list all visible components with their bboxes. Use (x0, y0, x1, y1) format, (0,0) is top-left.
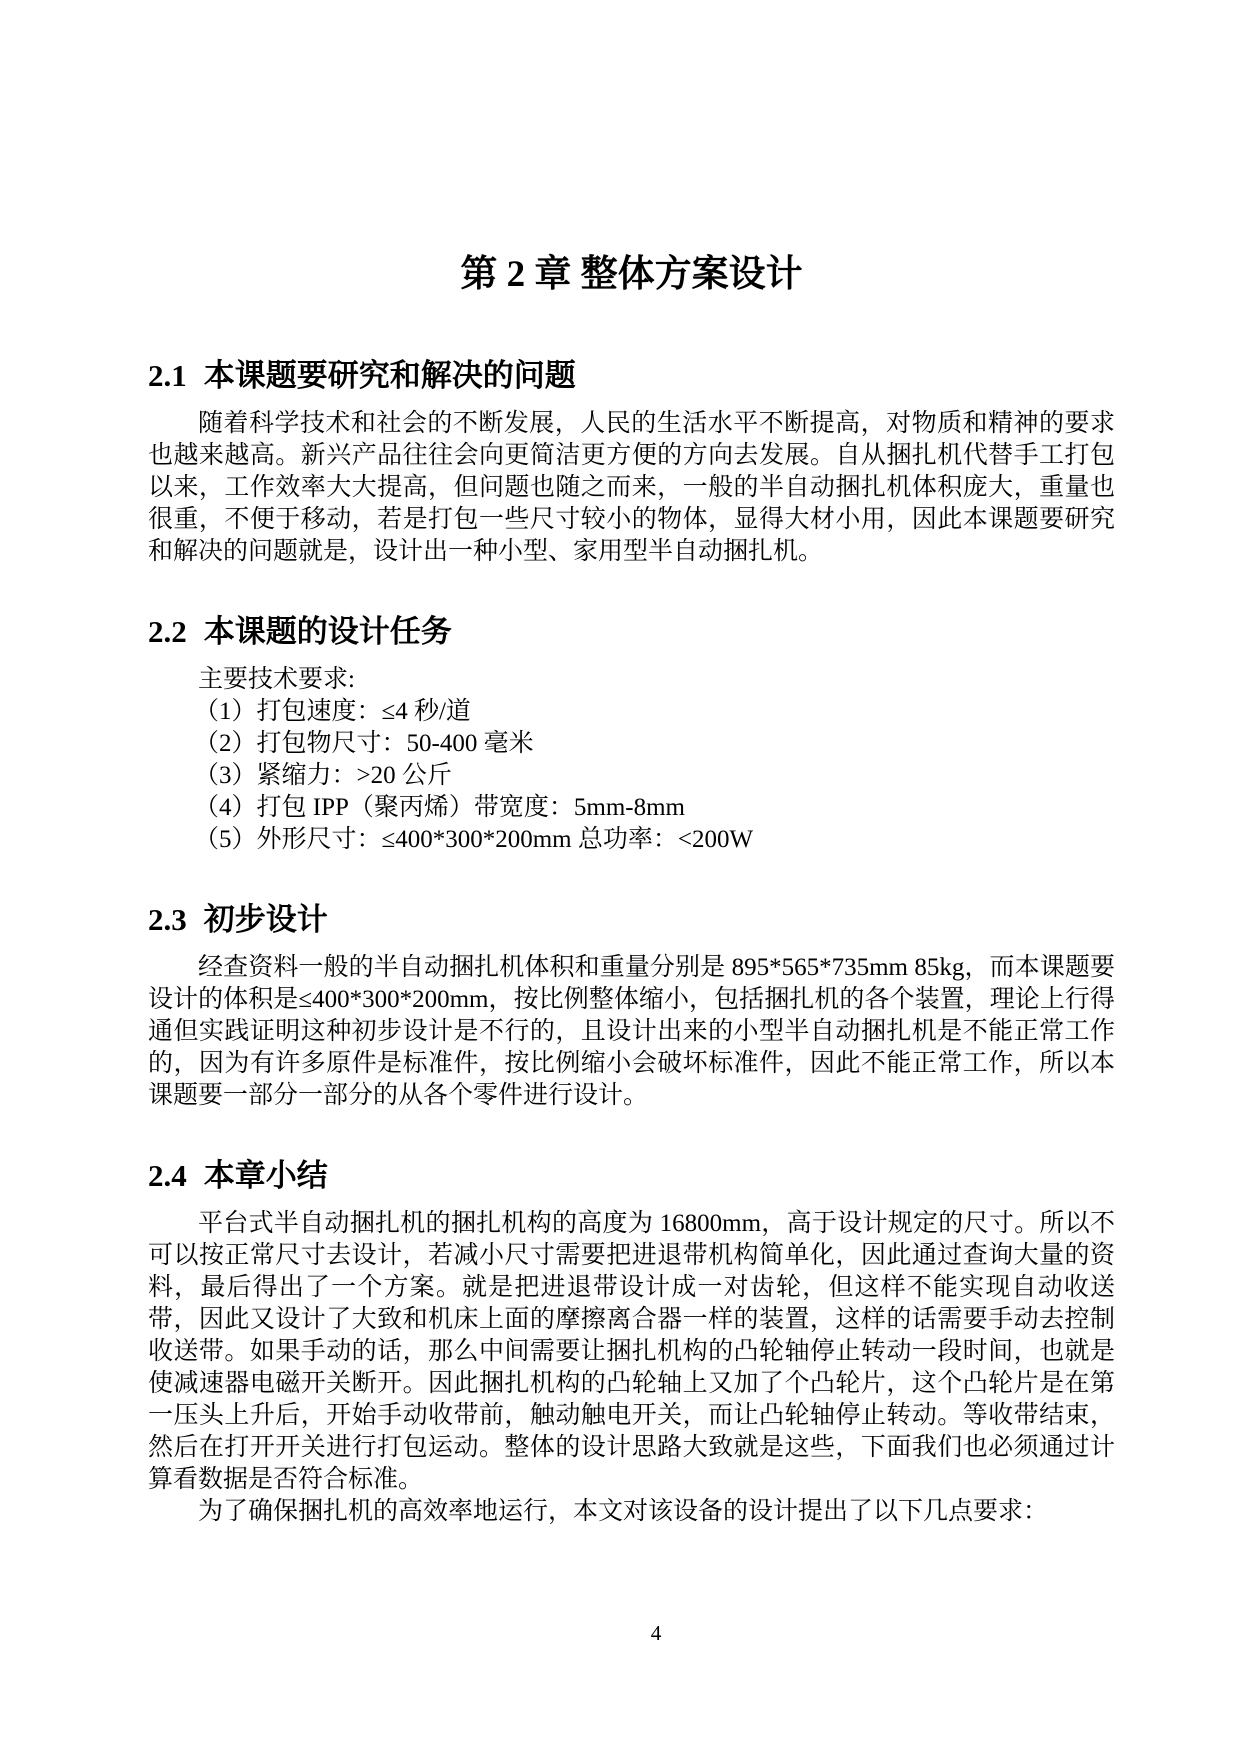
tech-requirements-intro: 主要技术要求: (148, 664, 1115, 696)
section-content: 主要技术要求:（1）打包速度：≤4 秒/道（2）打包物尺寸：50-400 毫米（… (148, 664, 1115, 856)
document-body: 第 2 章 整体方案设计 2.1本课题要研究和解决的问题 随着科学技术和社会的不… (148, 252, 1115, 1528)
tech-requirement-item: （3）紧缩力：>20 公斤 (148, 760, 1115, 792)
section: 2.1本课题要研究和解决的问题 随着科学技术和社会的不断发展，人民的生活水平不断… (148, 355, 1115, 568)
section-title: 本课题要研究和解决的问题 (204, 358, 576, 393)
section-heading: 2.3初步设计 (148, 899, 1115, 941)
section-title: 本章小结 (204, 1158, 328, 1193)
paragraph: 平台式半自动捆扎机的捆扎机构的高度为 16800mm，高于设计规定的尺寸。所以不… (148, 1208, 1115, 1496)
section: 2.2本课题的设计任务 主要技术要求:（1）打包速度：≤4 秒/道（2）打包物尺… (148, 611, 1115, 856)
paragraph: 随着科学技术和社会的不断发展，人民的生活水平不断提高，对物质和精神的要求也越来越… (148, 408, 1115, 568)
chapter-title: 第 2 章 整体方案设计 (148, 252, 1115, 298)
section-title: 初步设计 (204, 902, 328, 937)
section-number: 2.2 (148, 614, 187, 649)
section-heading: 2.1本课题要研究和解决的问题 (148, 355, 1115, 397)
paragraph: 为了确保捆扎机的高效率地运行，本文对该设备的设计提出了以下几点要求： (148, 1496, 1115, 1528)
section-content: 随着科学技术和社会的不断发展，人民的生活水平不断提高，对物质和精神的要求也越来越… (148, 408, 1115, 568)
section: 2.4本章小结 平台式半自动捆扎机的捆扎机构的高度为 16800mm，高于设计规… (148, 1155, 1115, 1528)
tech-requirement-item: （1）打包速度：≤4 秒/道 (148, 696, 1115, 728)
section: 2.3初步设计 经查资料一般的半自动捆扎机体积和重量分别是 895*565*73… (148, 899, 1115, 1112)
tech-requirement-item: （2）打包物尺寸：50-400 毫米 (148, 728, 1115, 760)
section-number: 2.3 (148, 902, 187, 937)
paragraph: 经查资料一般的半自动捆扎机体积和重量分别是 895*565*735mm 85kg… (148, 952, 1115, 1112)
tech-requirement-item: （5）外形尺寸：≤400*300*200mm 总功率：<200W (148, 824, 1115, 856)
section-content: 平台式半自动捆扎机的捆扎机构的高度为 16800mm，高于设计规定的尺寸。所以不… (148, 1208, 1115, 1528)
page-number: 4 (651, 1621, 662, 1645)
section-number: 2.4 (148, 1158, 187, 1193)
section-title: 本课题的设计任务 (204, 614, 452, 649)
tech-requirement-item: （4）打包 IPP（聚丙烯）带宽度：5mm-8mm (148, 792, 1115, 824)
section-heading: 2.2本课题的设计任务 (148, 611, 1115, 653)
document-page: 第 2 章 整体方案设计 2.1本课题要研究和解决的问题 随着科学技术和社会的不… (0, 0, 1240, 1754)
section-content: 经查资料一般的半自动捆扎机体积和重量分别是 895*565*735mm 85kg… (148, 952, 1115, 1112)
section-number: 2.1 (148, 358, 187, 393)
page-footer: 4 (72, 1620, 1240, 1646)
section-heading: 2.4本章小结 (148, 1155, 1115, 1197)
